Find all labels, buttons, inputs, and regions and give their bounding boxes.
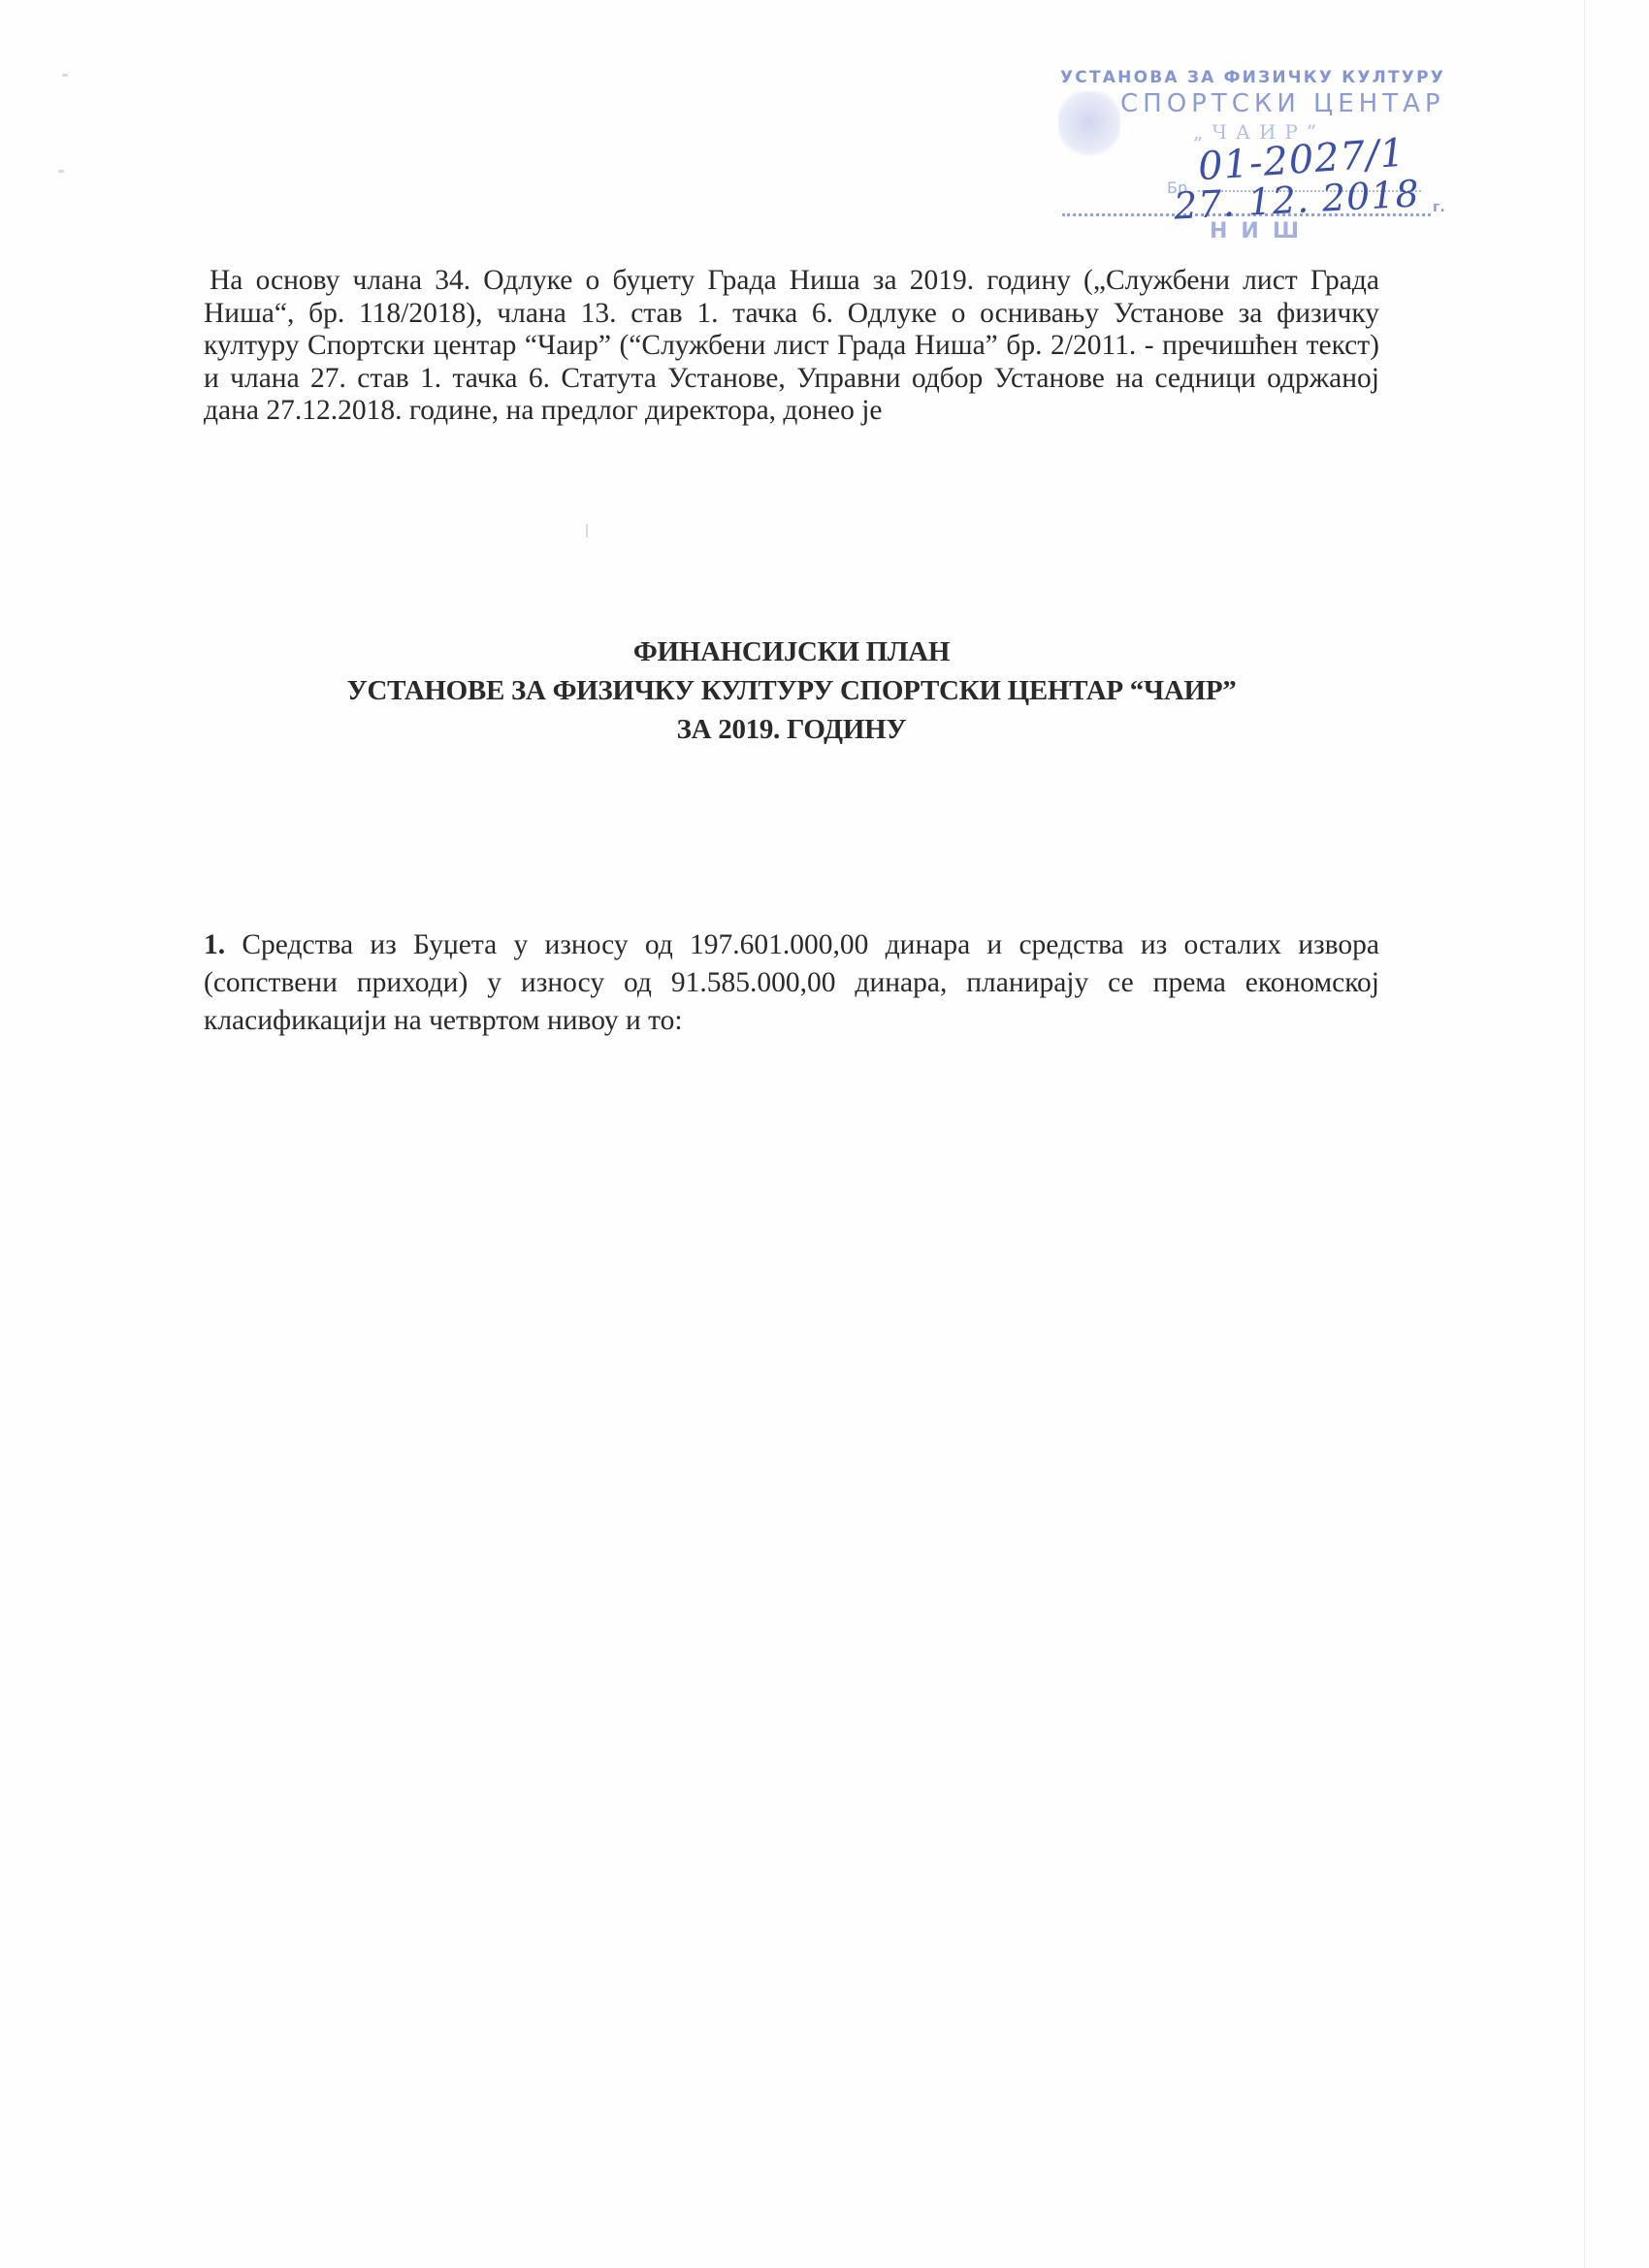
official-stamp: УСТАНОВА ЗА ФИЗИЧКУ КУЛТУРУ СПОРТСКИ ЦЕН…: [1052, 64, 1479, 248]
stamp-center-line: СПОРТСКИ ЦЕНТАР: [1120, 89, 1445, 118]
document-title: ФИНАНСИЈСКИ ПЛАН УСТАНОВЕ ЗА ФИЗИЧКУ КУЛ…: [204, 632, 1379, 749]
stamp-institution-line: УСТАНОВА ЗА ФИЗИЧКУ КУЛТУРУ: [1060, 68, 1445, 87]
clause-1-text: Средства из Буџета у износу од 197.601.0…: [204, 929, 1379, 1036]
intro-paragraph: На основу члана 34. Одлуке о буџету Град…: [204, 265, 1379, 428]
scan-speck: [62, 74, 68, 77]
stamp-emblem-icon: [1058, 91, 1120, 161]
document-page: УСТАНОВА ЗА ФИЗИЧКУ КУЛТУРУ СПОРТСКИ ЦЕН…: [0, 0, 1649, 2268]
title-line-3: ЗА 2019. ГОДИНУ: [204, 710, 1379, 749]
clause-1: 1. Средства из Буџета у износу од 197.60…: [204, 926, 1379, 1040]
scan-speck: [58, 170, 64, 173]
clause-1-number: 1.: [204, 929, 225, 960]
stamp-year-suffix: г.: [1433, 200, 1445, 215]
scan-edge-line: [1584, 0, 1585, 2268]
title-line-1: ФИНАНСИЈСКИ ПЛАН: [204, 632, 1379, 671]
scan-speck: [586, 524, 588, 537]
title-line-2: УСТАНОВЕ ЗА ФИЗИЧКУ КУЛТУРУ СПОРТСКИ ЦЕН…: [204, 671, 1379, 710]
